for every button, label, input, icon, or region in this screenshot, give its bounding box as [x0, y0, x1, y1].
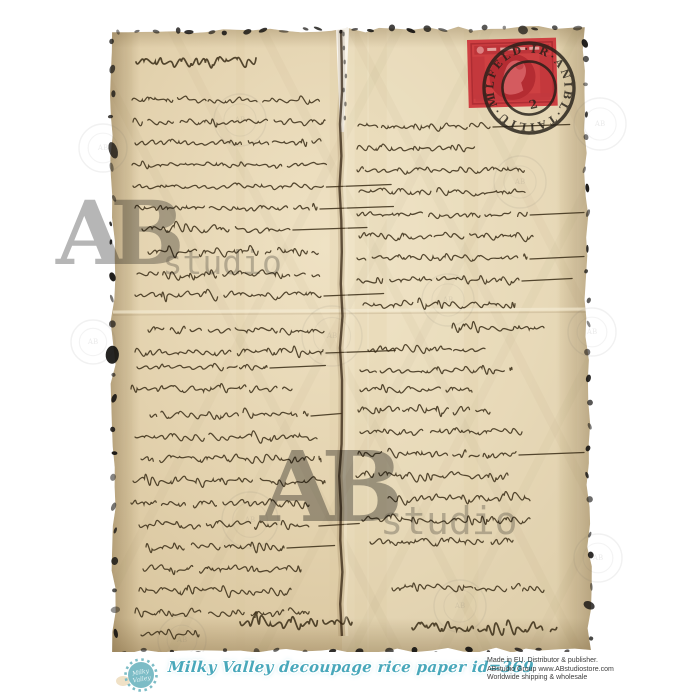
publisher-info: Made in EU. Distributor & publisher. ABs… [487, 657, 614, 683]
brand-logo-icon: Milky Valley [116, 655, 162, 699]
info-line: Worldwide shipping & wholesale [487, 674, 614, 683]
svg-text:AB: AB [454, 602, 465, 610]
product-image: ABABABABABABABABABABABAB ILFELD·IR·ANIBL… [0, 0, 700, 700]
svg-text:AB: AB [514, 178, 525, 186]
svg-text:AB: AB [594, 120, 605, 128]
svg-text:AB: AB [97, 144, 108, 152]
footer-bar: Milky Valley Milky Valley decoupage rice… [0, 652, 700, 700]
svg-text:AB: AB [87, 338, 98, 346]
product-title: Milky Valley decoupage rice paper id=369 [167, 658, 534, 676]
info-line: Made in EU. Distributor & publisher. [487, 657, 614, 666]
info-line: ABstudio Group www.ABstudiostore.com [487, 666, 614, 675]
paper-sheet [80, 26, 700, 654]
svg-text:AB: AB [586, 328, 597, 336]
svg-text:AB: AB [176, 636, 187, 644]
svg-text:AB: AB [326, 332, 337, 340]
letter-scan: ABABABABABABABABABABABAB ILFELD·IR·ANIBL… [0, 0, 700, 700]
